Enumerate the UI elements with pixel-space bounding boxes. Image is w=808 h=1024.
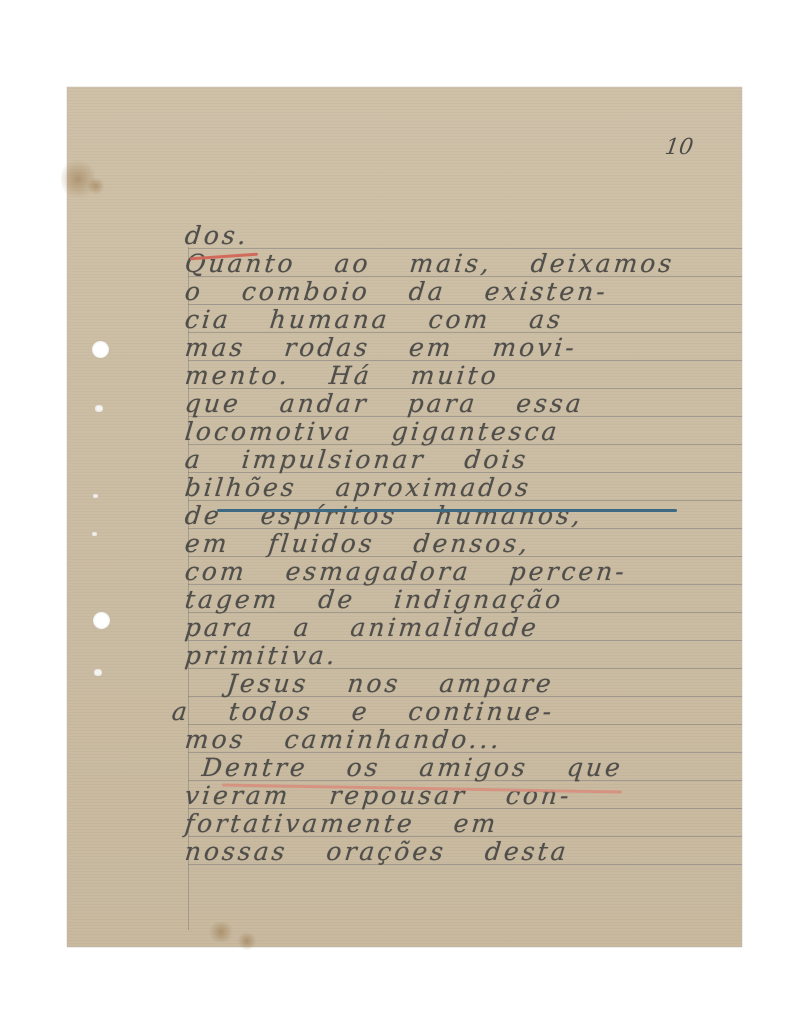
text-line: nossas orações desta [184,838,734,866]
text-line: para a animalidade [184,614,734,642]
text-line: Jesus nos ampare [226,670,734,698]
blue-underline [217,509,677,512]
text-line: a todos e continue- [171,698,734,726]
text-line: locomotiva gigantesca [184,418,734,446]
text-line: cia humana com as [184,306,734,334]
text-line: bilhões aproximados [184,474,734,502]
text-line: a impulsionar dois [184,446,734,474]
text-line: mas rodas em movi- [184,334,734,362]
page-number: 10 [663,135,695,160]
text-line: mento. Há muito [184,362,734,390]
text-line: Dentre os amigos que [201,754,734,782]
foxing-stain [87,177,105,195]
torn-hole-mark [95,405,103,412]
foxing-stain [237,932,257,950]
text-line: mos caminhando... [184,726,734,754]
torn-hole-mark [93,494,98,498]
text-line: dos. [184,222,734,250]
foxing-stain [207,922,235,942]
torn-hole-mark [92,532,97,536]
hole-punch [92,341,109,358]
text-line: fortativamente em [184,810,734,838]
text-line: Quanto ao mais, deixamos [184,250,734,278]
text-line: em fluidos densos, [184,530,734,558]
text-line: que andar para essa [184,390,734,418]
text-line: de espíritos humanos, [184,502,734,530]
text-line: o comboio da existen- [184,278,734,306]
text-line: primitiva. [184,642,734,670]
torn-hole-mark [94,669,102,676]
manuscript-page: 10 dos. Quanto ao mais, deixamos o combo… [67,87,742,947]
text-line: tagem de indignação [184,586,734,614]
hole-punch [93,612,110,629]
text-line: com esmagadora percen- [184,558,734,586]
